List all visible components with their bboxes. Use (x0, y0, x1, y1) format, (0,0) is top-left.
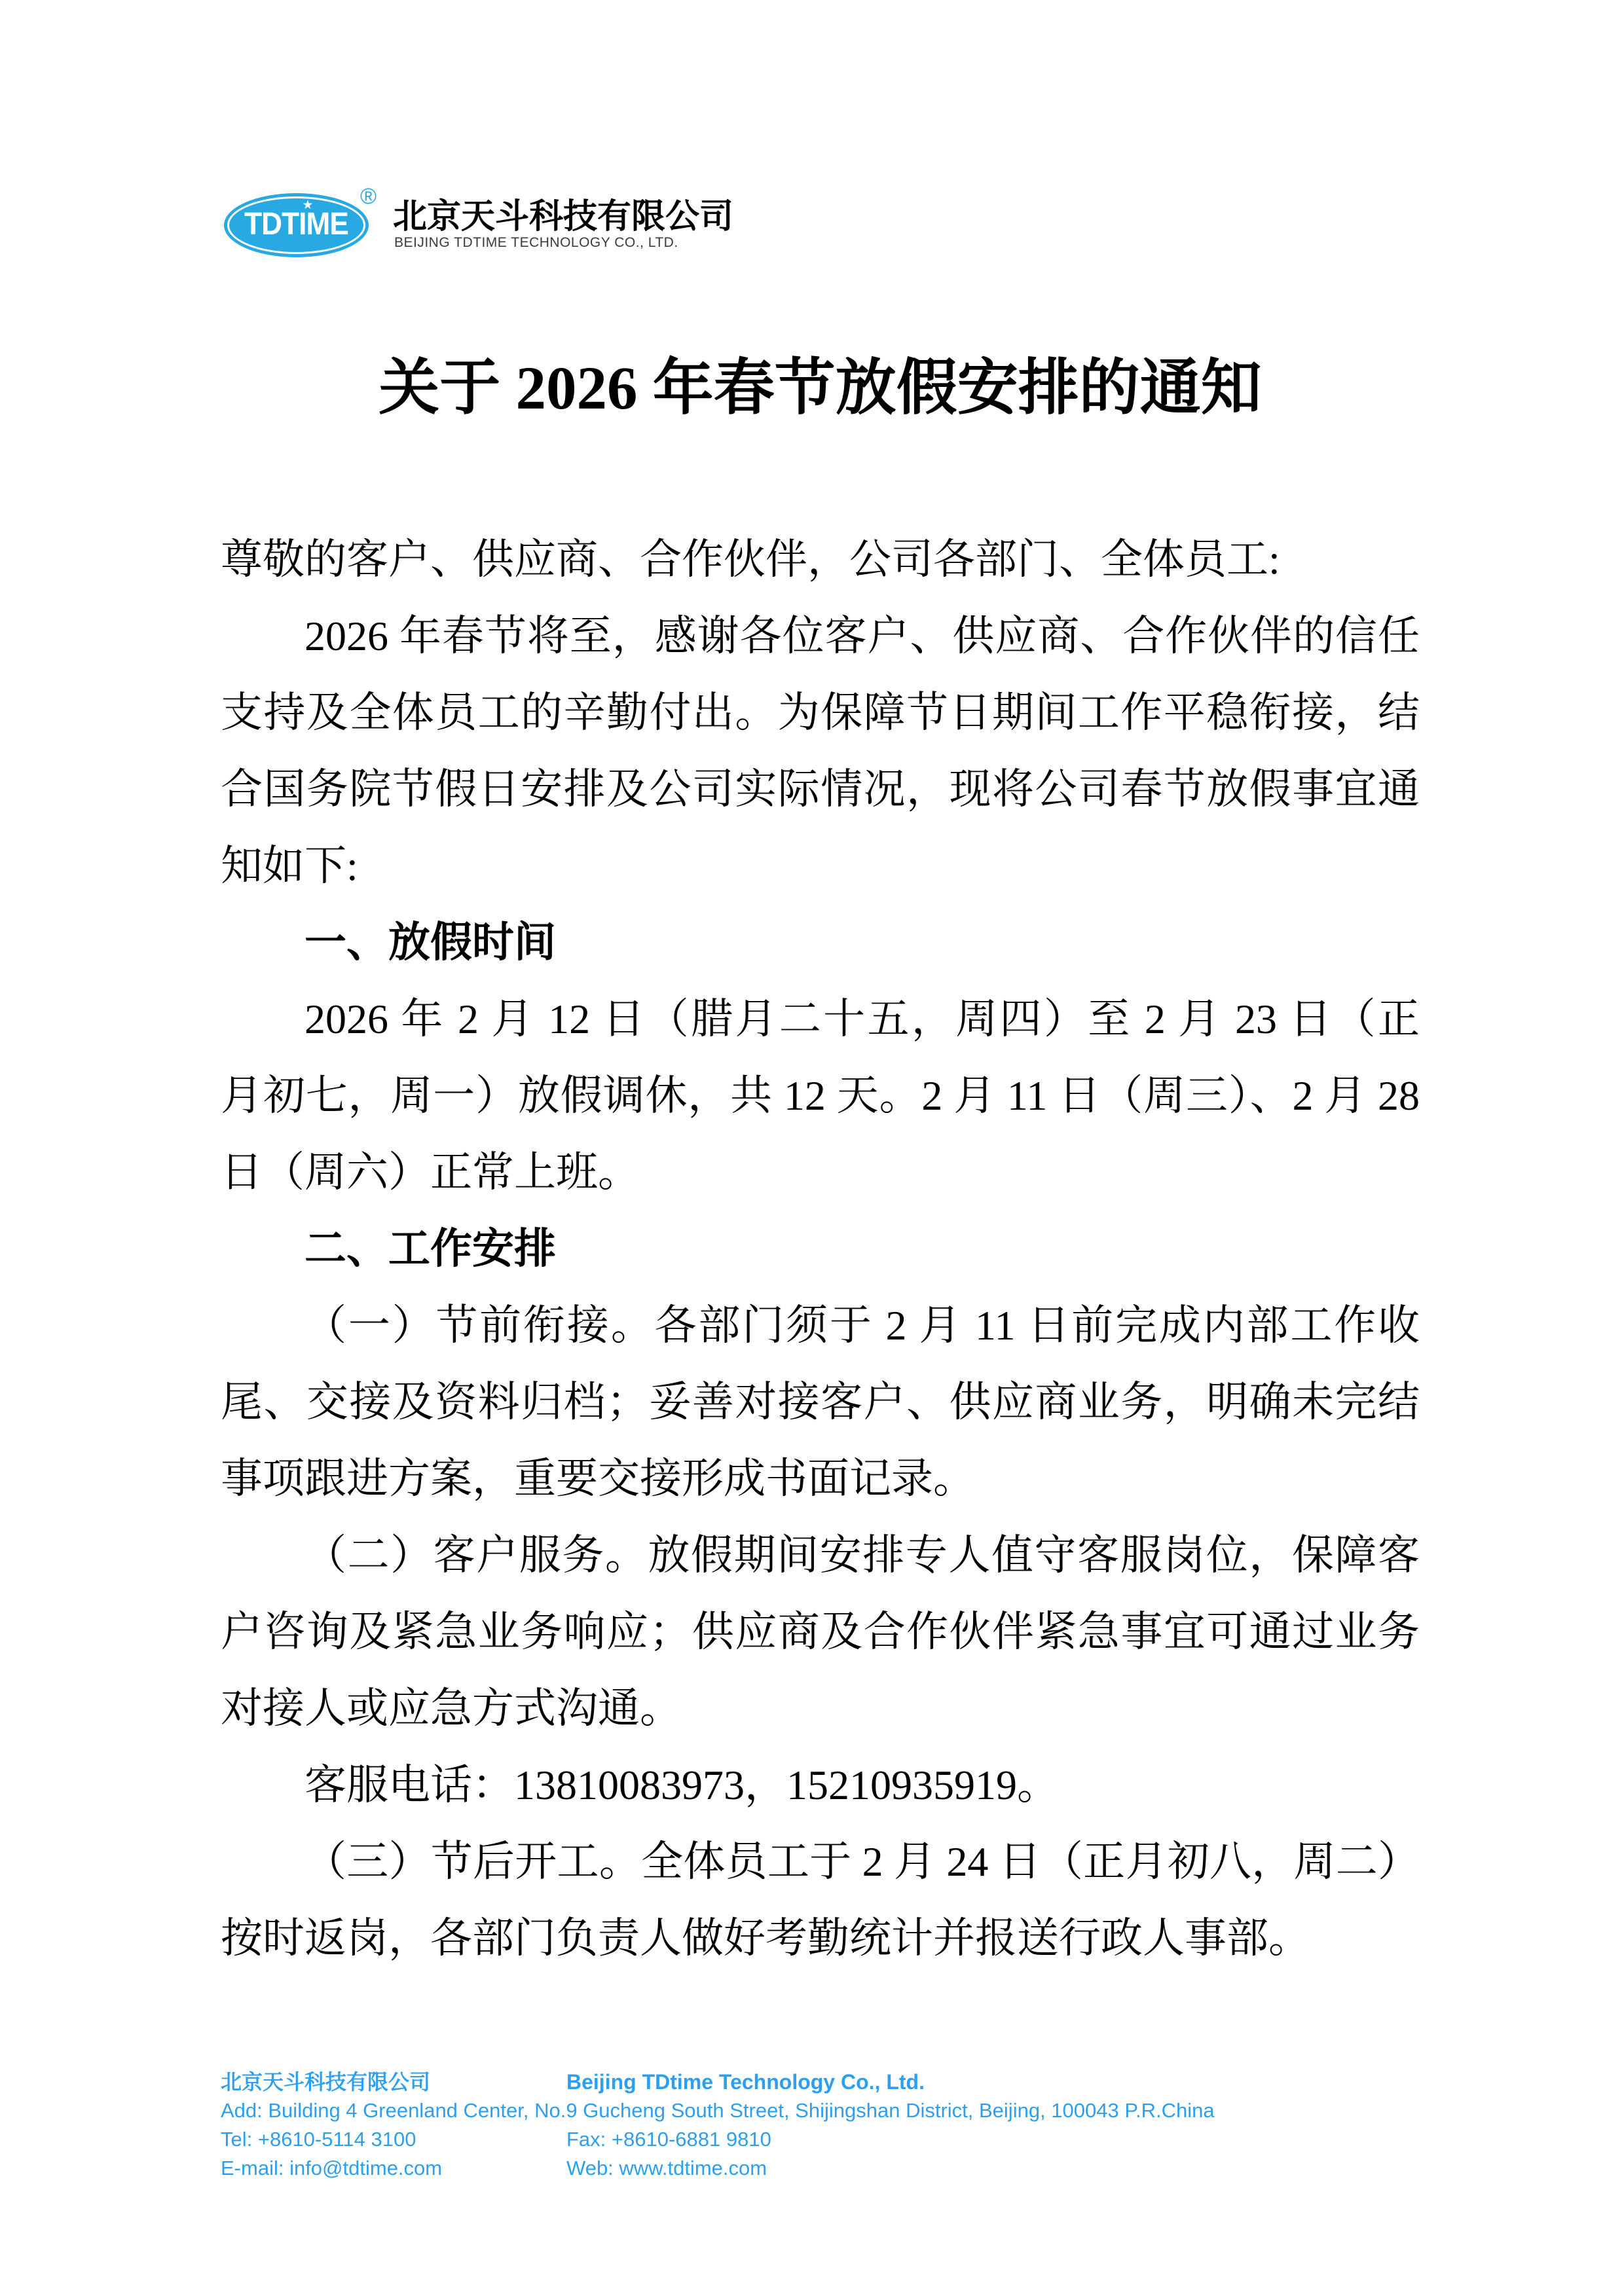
footer-address-row: Add: Building 4 Greenland Center, No.9 G… (221, 2096, 1420, 2125)
company-name-chinese: 北京天斗科技有限公司 (393, 198, 733, 235)
footer-company-english: Beijing TDtime Technology Co., Ltd. (566, 2068, 925, 2096)
body-line: 支持及全体员工的辛勤付出。为保障节日期间工作平稳衔接，结 (221, 674, 1420, 751)
body-line: （三）节后开工。全体员工于 2 月 24 日（正月初八，周二） (221, 1823, 1420, 1900)
footer-web: Web: www.tdtime.com (566, 2154, 767, 2183)
footer-address: Add: Building 4 Greenland Center, No.9 G… (221, 2099, 1215, 2122)
body-line: 客服电话：13810083973，15210935919。 (221, 1747, 1420, 1823)
body-line: 按时返岗，各部门负责人做好考勤统计并报送行政人事部。 (221, 1900, 1420, 1977)
section-heading: 二、工作安排 (221, 1211, 1420, 1287)
body-line: 知如下: (221, 828, 1420, 904)
logo-brand-text: TDTIME (230, 209, 363, 240)
footer-email: E-mail: info@tdtime.com (221, 2157, 442, 2179)
footer: 北京天斗科技有限公司 Beijing TDtime Technology Co.… (221, 2068, 1420, 2183)
body-line: （二）客户服务。放假期间安排专人值守客服岗位，保障客 (221, 1517, 1420, 1594)
footer-fax: Fax: +8610-6881 9810 (566, 2125, 771, 2154)
body-line: 尊敬的客户、供应商、合作伙伴，公司各部门、全体员工: (221, 521, 1420, 598)
section-heading: 一、放假时间 (221, 904, 1420, 981)
footer-company-chinese: 北京天斗科技有限公司 (221, 2070, 430, 2094)
letterhead: TDTIME ★ ® 北京天斗科技有限公司 BEIJING TDTIME TEC… (224, 193, 1010, 278)
registered-trademark-icon: ® (360, 185, 377, 208)
footer-online-row: E-mail: info@tdtime.com Web: www.tdtime.… (221, 2154, 1420, 2183)
body-line: 日（周六）正常上班。 (221, 1134, 1420, 1211)
page-title: 关于 2026 年春节放假安排的通知 (221, 352, 1420, 426)
body-line: 合国务院节假日安排及公司实际情况，现将公司春节放假事宜通 (221, 751, 1420, 828)
company-logo: TDTIME ★ ® (224, 193, 369, 257)
star-icon: ★ (302, 199, 313, 211)
body-line: 对接人或应急方式沟通。 (221, 1670, 1420, 1747)
body-line: （一）节前衔接。各部门须于 2 月 11 日前完成内部工作收 (221, 1287, 1420, 1364)
body-line: 尾、交接及资料归档；妥善对接客户、供应商业务，明确未完结 (221, 1364, 1420, 1440)
document-page: TDTIME ★ ® 北京天斗科技有限公司 BEIJING TDTIME TEC… (0, 0, 1624, 2296)
footer-company-row: 北京天斗科技有限公司 Beijing TDtime Technology Co.… (221, 2068, 1420, 2096)
body-lines: 尊敬的客户、供应商、合作伙伴，公司各部门、全体员工:2026 年春节将至，感谢各… (221, 521, 1420, 1977)
company-name-english: BEIJING TDTIME TECHNOLOGY CO., LTD. (394, 235, 678, 251)
footer-tel: Tel: +8610-5114 3100 (221, 2128, 416, 2151)
body-line: 2026 年春节将至，感谢各位客户、供应商、合作伙伴的信任 (221, 598, 1420, 674)
body-line: 事项跟进方案，重要交接形成书面记录。 (221, 1440, 1420, 1517)
body-line: 月初七，周一）放假调休，共 12 天。2 月 11 日（周三）、2 月 28 (221, 1057, 1420, 1134)
footer-phone-row: Tel: +8610-5114 3100 Fax: +8610-6881 981… (221, 2125, 1420, 2154)
body-line: 2026 年 2 月 12 日（腊月二十五，周四）至 2 月 23 日（正 (221, 981, 1420, 1057)
body-line: 户咨询及紧急业务响应；供应商及合作伙伴紧急事宜可通过业务 (221, 1594, 1420, 1670)
